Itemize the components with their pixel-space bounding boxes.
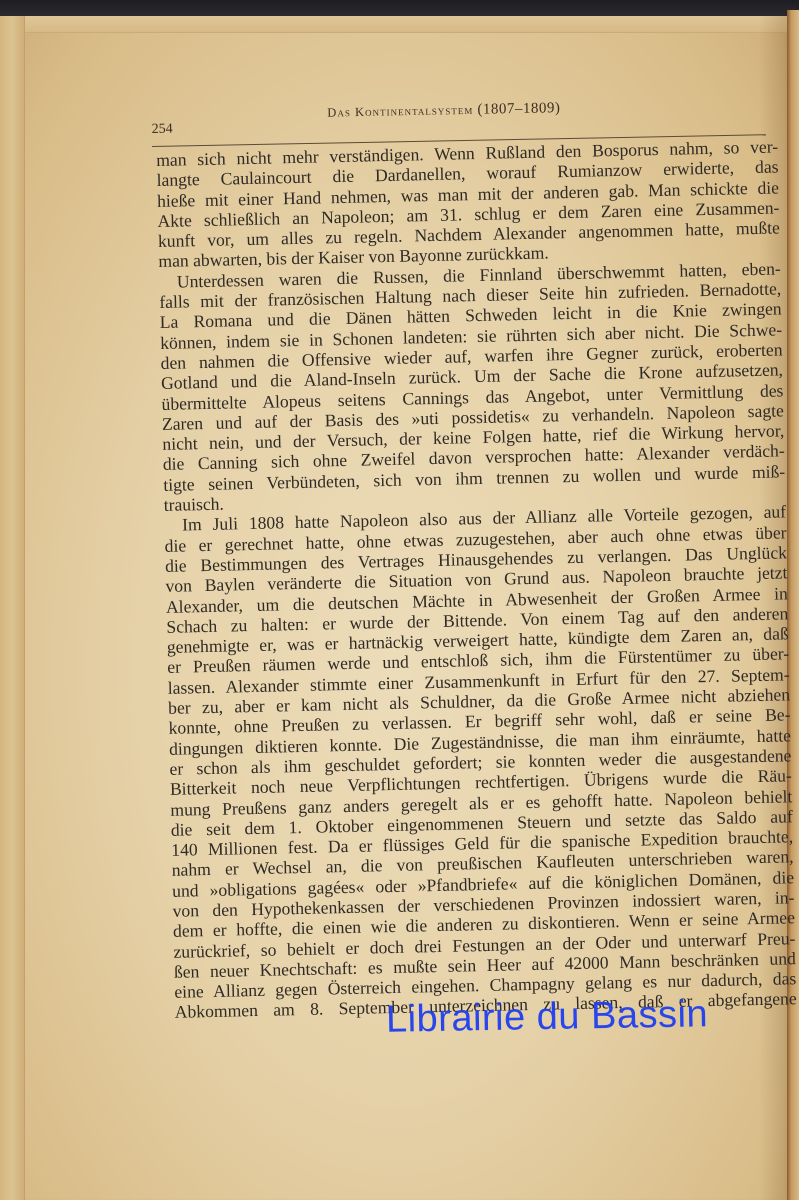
watermark: Librairie du Bassin bbox=[386, 993, 709, 1042]
page-number: 254 bbox=[152, 122, 173, 138]
running-title-years: (1807–1809) bbox=[477, 100, 560, 118]
running-title-text: Das Kontinentalsystem bbox=[327, 103, 473, 120]
running-title: Das Kontinentalsystem (1807–1809) bbox=[327, 100, 560, 121]
page-edge-top bbox=[0, 16, 790, 33]
page-edge-left bbox=[0, 16, 25, 1200]
book-spine-edge bbox=[787, 10, 799, 1200]
body-text: man sich nicht mehr verständigen. Wenn R… bbox=[156, 136, 797, 1022]
